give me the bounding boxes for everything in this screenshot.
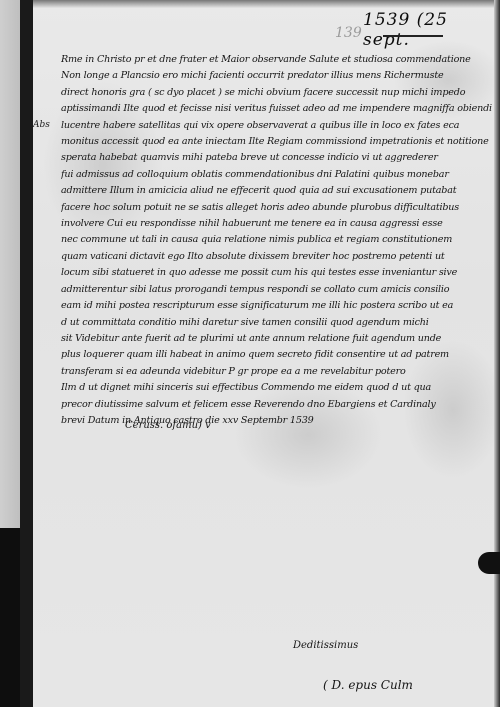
text-line: d ut committata conditio mihi daretur si… [61, 315, 493, 331]
text-line: eam id mihi postea rescripturum esse sig… [61, 298, 493, 314]
text-line: facere hoc solum potuit ne se satis alle… [61, 200, 493, 216]
text-line: locum sibi statueret in quo adesse me po… [61, 265, 493, 281]
text-line: lucentre habere satellitas qui vix opere… [61, 118, 493, 134]
archive-number: 139 [335, 25, 362, 41]
text-line: sit Videbitur ante fuerit ad te plurimi … [61, 331, 493, 347]
folio-date: 1539 (25 sept. [363, 10, 500, 50]
page-clip [478, 552, 500, 574]
text-line: precor diutissime salvum et felicem esse… [61, 397, 493, 413]
text-line: monitus accessit quod ea ante iniectam I… [61, 134, 493, 150]
letter-body: Rme in Christo pr et dne frater et Maior… [61, 52, 493, 429]
text-line: fui admissus ad colloquium oblatis comme… [61, 167, 493, 183]
text-line: transferam si ea adeunda videbitur P gr … [61, 364, 493, 380]
text-line: Non longe a Plancsio ero michi facienti … [61, 68, 493, 84]
text-line: quam vaticani dictavit ego Ilto absolute… [61, 249, 493, 265]
page-edge-shadow [494, 0, 500, 707]
text-line: nec commune ut tali in causa quia relati… [61, 232, 493, 248]
margin-note: Abs [33, 120, 50, 130]
text-line: Ilm d ut dignet mihi sinceris sui effect… [61, 380, 493, 396]
text-line: direct honoris gra ( sc dyo placet ) se … [61, 85, 493, 101]
text-line: involvere Cui eu respondisse nihil habue… [61, 216, 493, 232]
text-line: Rme in Christo pr et dne frater et Maior… [61, 52, 493, 68]
binding-edge [20, 0, 33, 707]
manuscript-page: 139 1539 (25 sept. Abs Rme in Christo pr… [33, 0, 500, 707]
signature: ( D. epus Culm [323, 678, 413, 692]
text-line: admitterentur sibi latus prorogandi temp… [61, 282, 493, 298]
text-line: plus loquerer quam illi habeat in animo … [61, 347, 493, 363]
adjacent-page-strip [0, 0, 22, 530]
closing-line: Ceruss. ofamu) v [125, 420, 211, 431]
text-line: sperata habebat quamvis mihi pateba brev… [61, 150, 493, 166]
date-underline [383, 35, 443, 37]
text-line: admittere Illum in amicicia aliud ne eff… [61, 183, 493, 199]
signature-salutation: Deditissimus [293, 640, 358, 651]
text-line: aptissimandi Ilte quod et fecisse nisi v… [61, 101, 493, 117]
